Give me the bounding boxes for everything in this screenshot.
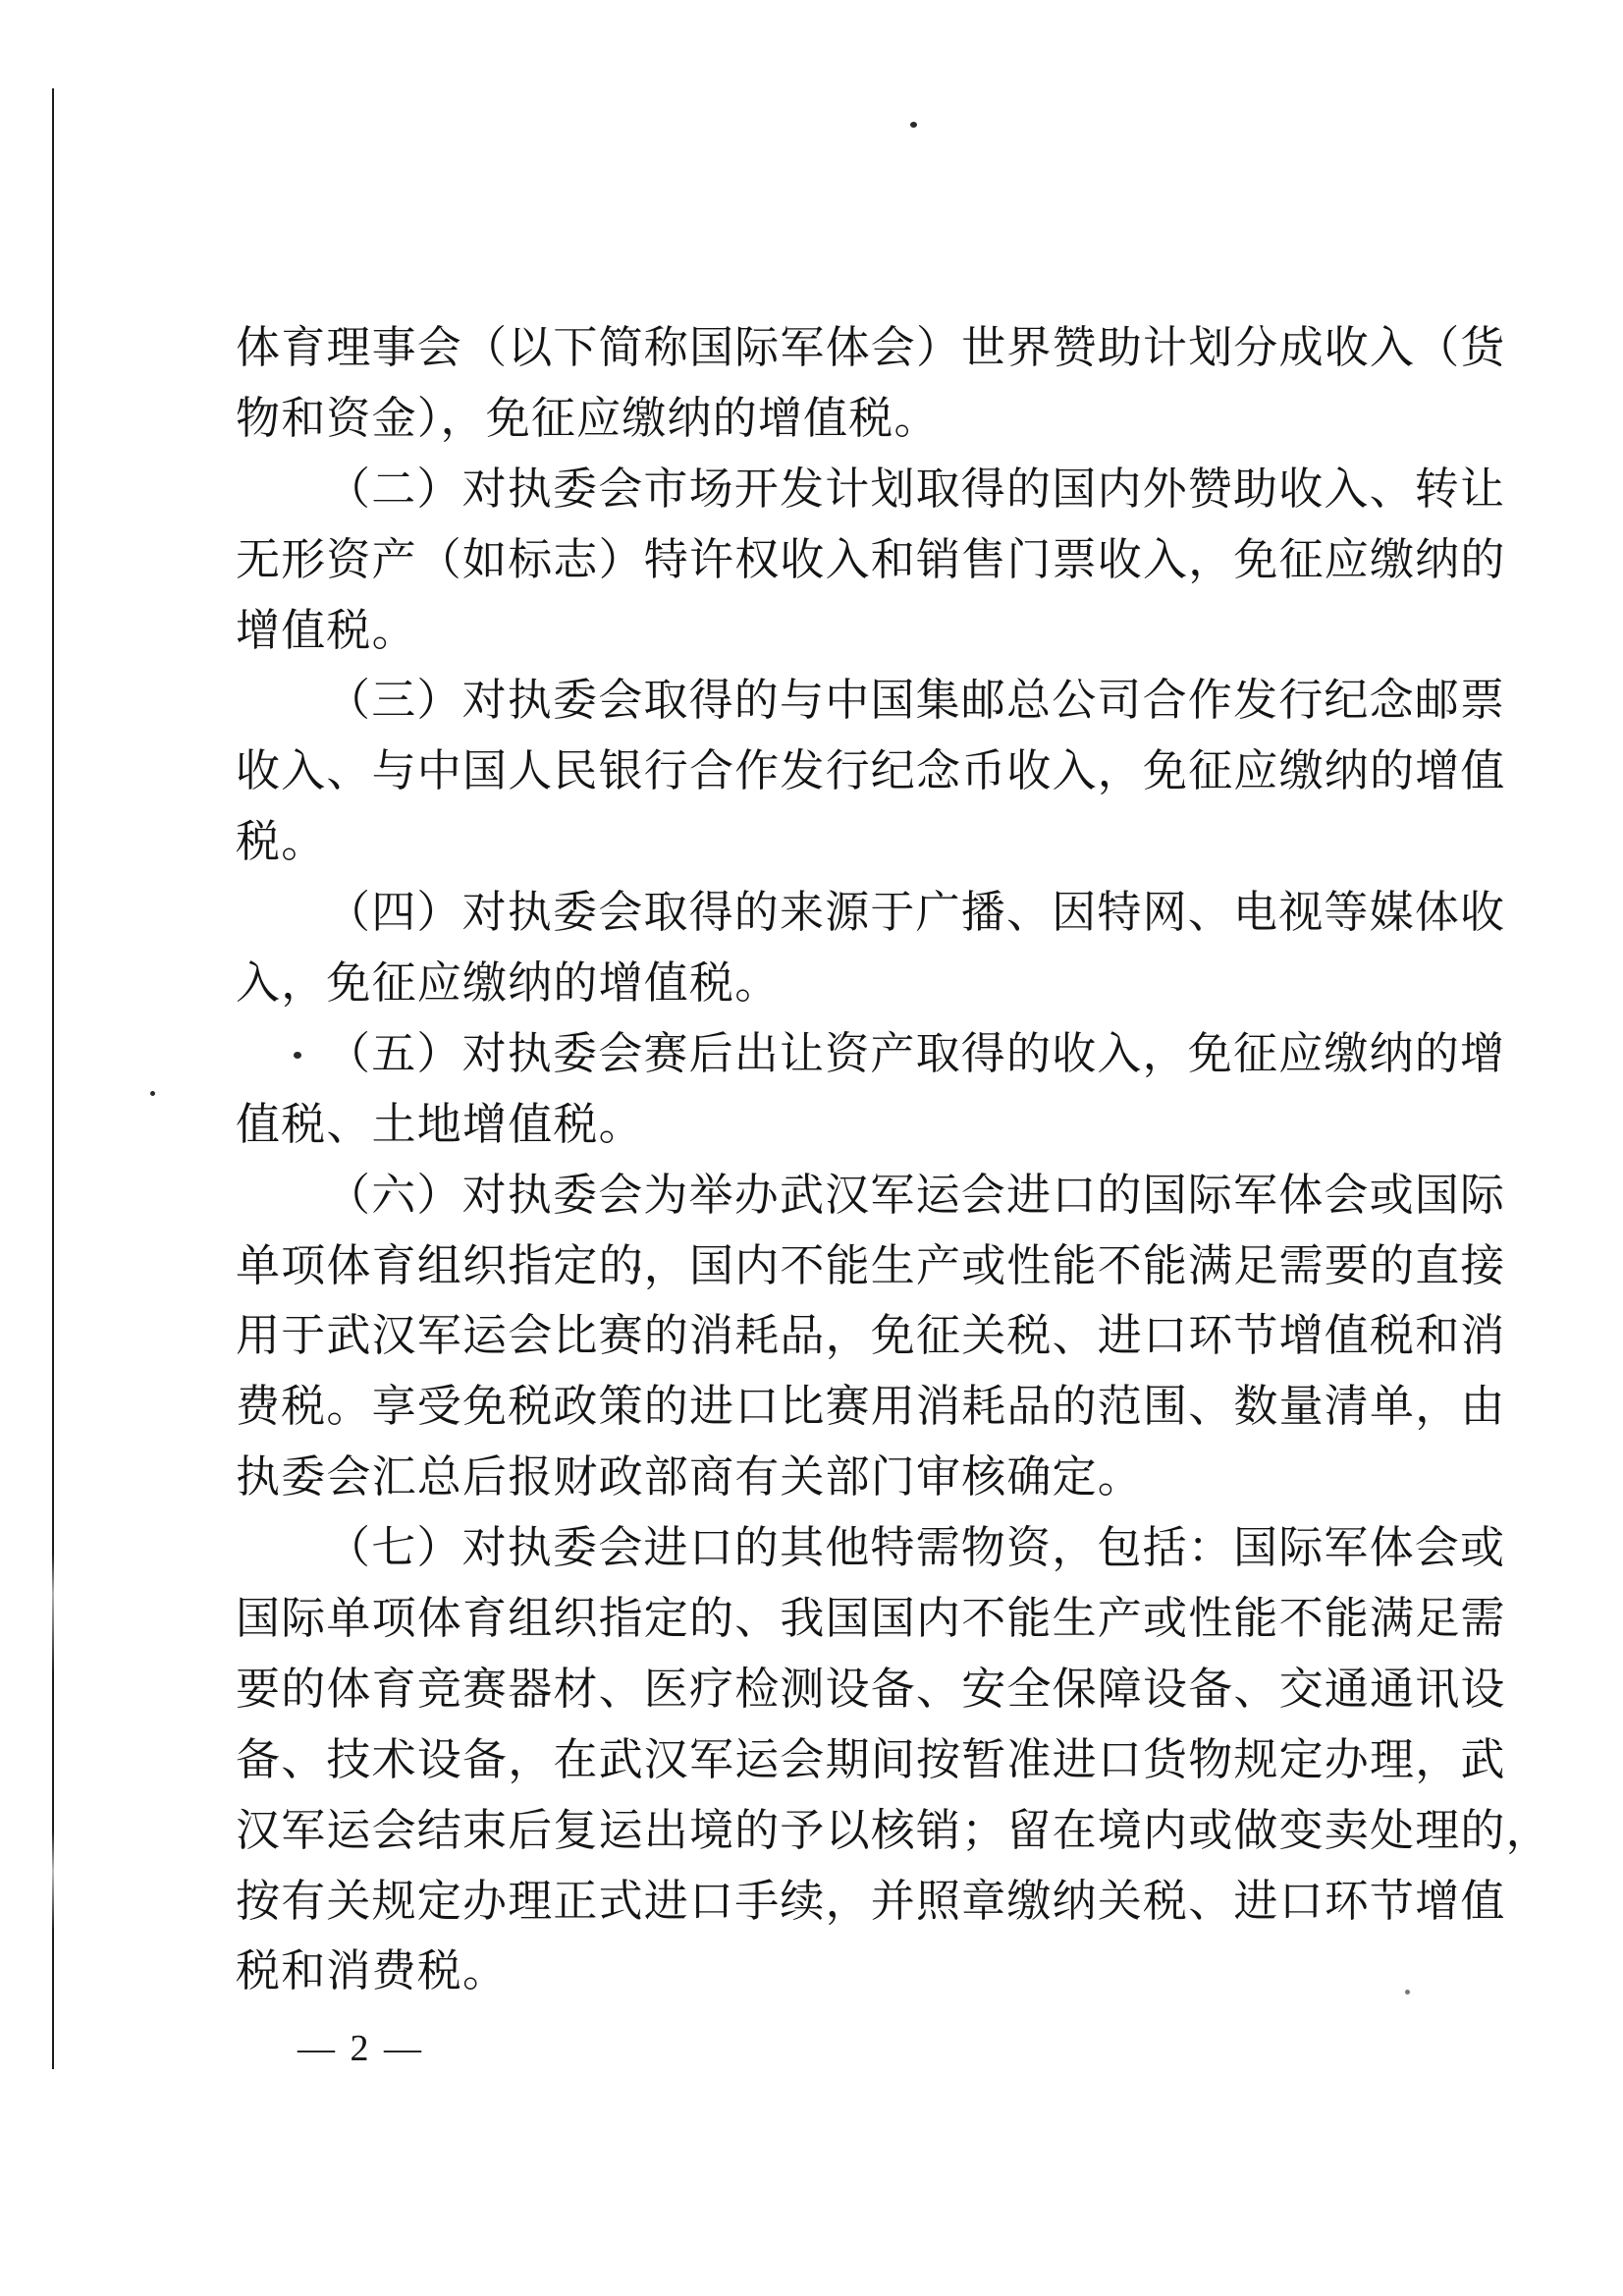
text-line: （七）对执委会进口的其他特需物资，包括：国际军体会或 bbox=[236, 1513, 1571, 1584]
text-line: 汉军运会结束后复运出境的予以核销；留在境内或做变卖处理的， bbox=[236, 1796, 1571, 1867]
text-line: 税和消费税。 bbox=[236, 1937, 1571, 2007]
text-line: 无形资产（如标志）特许权收入和销售门票收入，免征应缴纳的 bbox=[236, 525, 1571, 596]
text-line: 国际单项体育组织指定的、我国国内不能生产或性能不能满足需 bbox=[236, 1584, 1571, 1655]
scan-speck bbox=[294, 1052, 301, 1059]
text-line: （五）对执委会赛后出让资产取得的收入，免征应缴纳的增 bbox=[236, 1019, 1571, 1090]
text-line: （六）对执委会为举办武汉军运会进口的国际军体会或国际 bbox=[236, 1161, 1571, 1231]
text-line: 备、技术设备，在武汉军运会期间按暂准进口货物规定办理，武 bbox=[236, 1725, 1571, 1796]
text-line: 入，免征应缴纳的增值税。 bbox=[236, 949, 1571, 1019]
scan-speck bbox=[150, 1091, 155, 1096]
page-fold-line bbox=[52, 88, 54, 2069]
scanned-document-page: 体育理事会（以下简称国际军体会）世界赞助计划分成收入（货 物和资金），免征应缴纳… bbox=[0, 0, 1623, 2296]
scan-speck bbox=[910, 122, 917, 128]
text-line: 费税。享受免税政策的进口比赛用消耗品的范围、数量清单，由 bbox=[236, 1372, 1571, 1443]
scan-speck bbox=[633, 1266, 640, 1272]
text-line: （四）对执委会取得的来源于广播、因特网、电视等媒体收 bbox=[236, 878, 1571, 949]
text-line: 执委会汇总后报财政部商有关部门审核确定。 bbox=[236, 1443, 1571, 1513]
text-line: 值税、土地增值税。 bbox=[236, 1090, 1571, 1161]
text-line: 用于武汉军运会比赛的消耗品，免征关税、进口环节增值税和消 bbox=[236, 1301, 1571, 1372]
text-line: 收入、与中国人民银行合作发行纪念币收入，免征应缴纳的增值 bbox=[236, 737, 1571, 807]
text-line: 增值税。 bbox=[236, 596, 1571, 667]
text-line: （三）对执委会取得的与中国集邮总公司合作发行纪念邮票 bbox=[236, 666, 1571, 737]
text-line: 单项体育组织指定的，国内不能生产或性能不能满足需要的直接 bbox=[236, 1231, 1571, 1302]
text-line: 体育理事会（以下简称国际军体会）世界赞助计划分成收入（货 bbox=[236, 313, 1571, 384]
text-line: 按有关规定办理正式进口手续，并照章缴纳关税、进口环节增值 bbox=[236, 1867, 1571, 1938]
text-line: 税。 bbox=[236, 807, 1571, 878]
text-line: 要的体育竞赛器材、医疗检测设备、安全保障设备、交通通讯设 bbox=[236, 1655, 1571, 1725]
scan-speck bbox=[1405, 1990, 1410, 1995]
page-number: — 2 — bbox=[298, 2021, 424, 2076]
text-line: （二）对执委会市场开发计划取得的国内外赞助收入、转让 bbox=[236, 455, 1571, 525]
text-line: 物和资金），免征应缴纳的增值税。 bbox=[236, 384, 1571, 455]
document-body: 体育理事会（以下简称国际军体会）世界赞助计划分成收入（货 物和资金），免征应缴纳… bbox=[236, 313, 1571, 2007]
